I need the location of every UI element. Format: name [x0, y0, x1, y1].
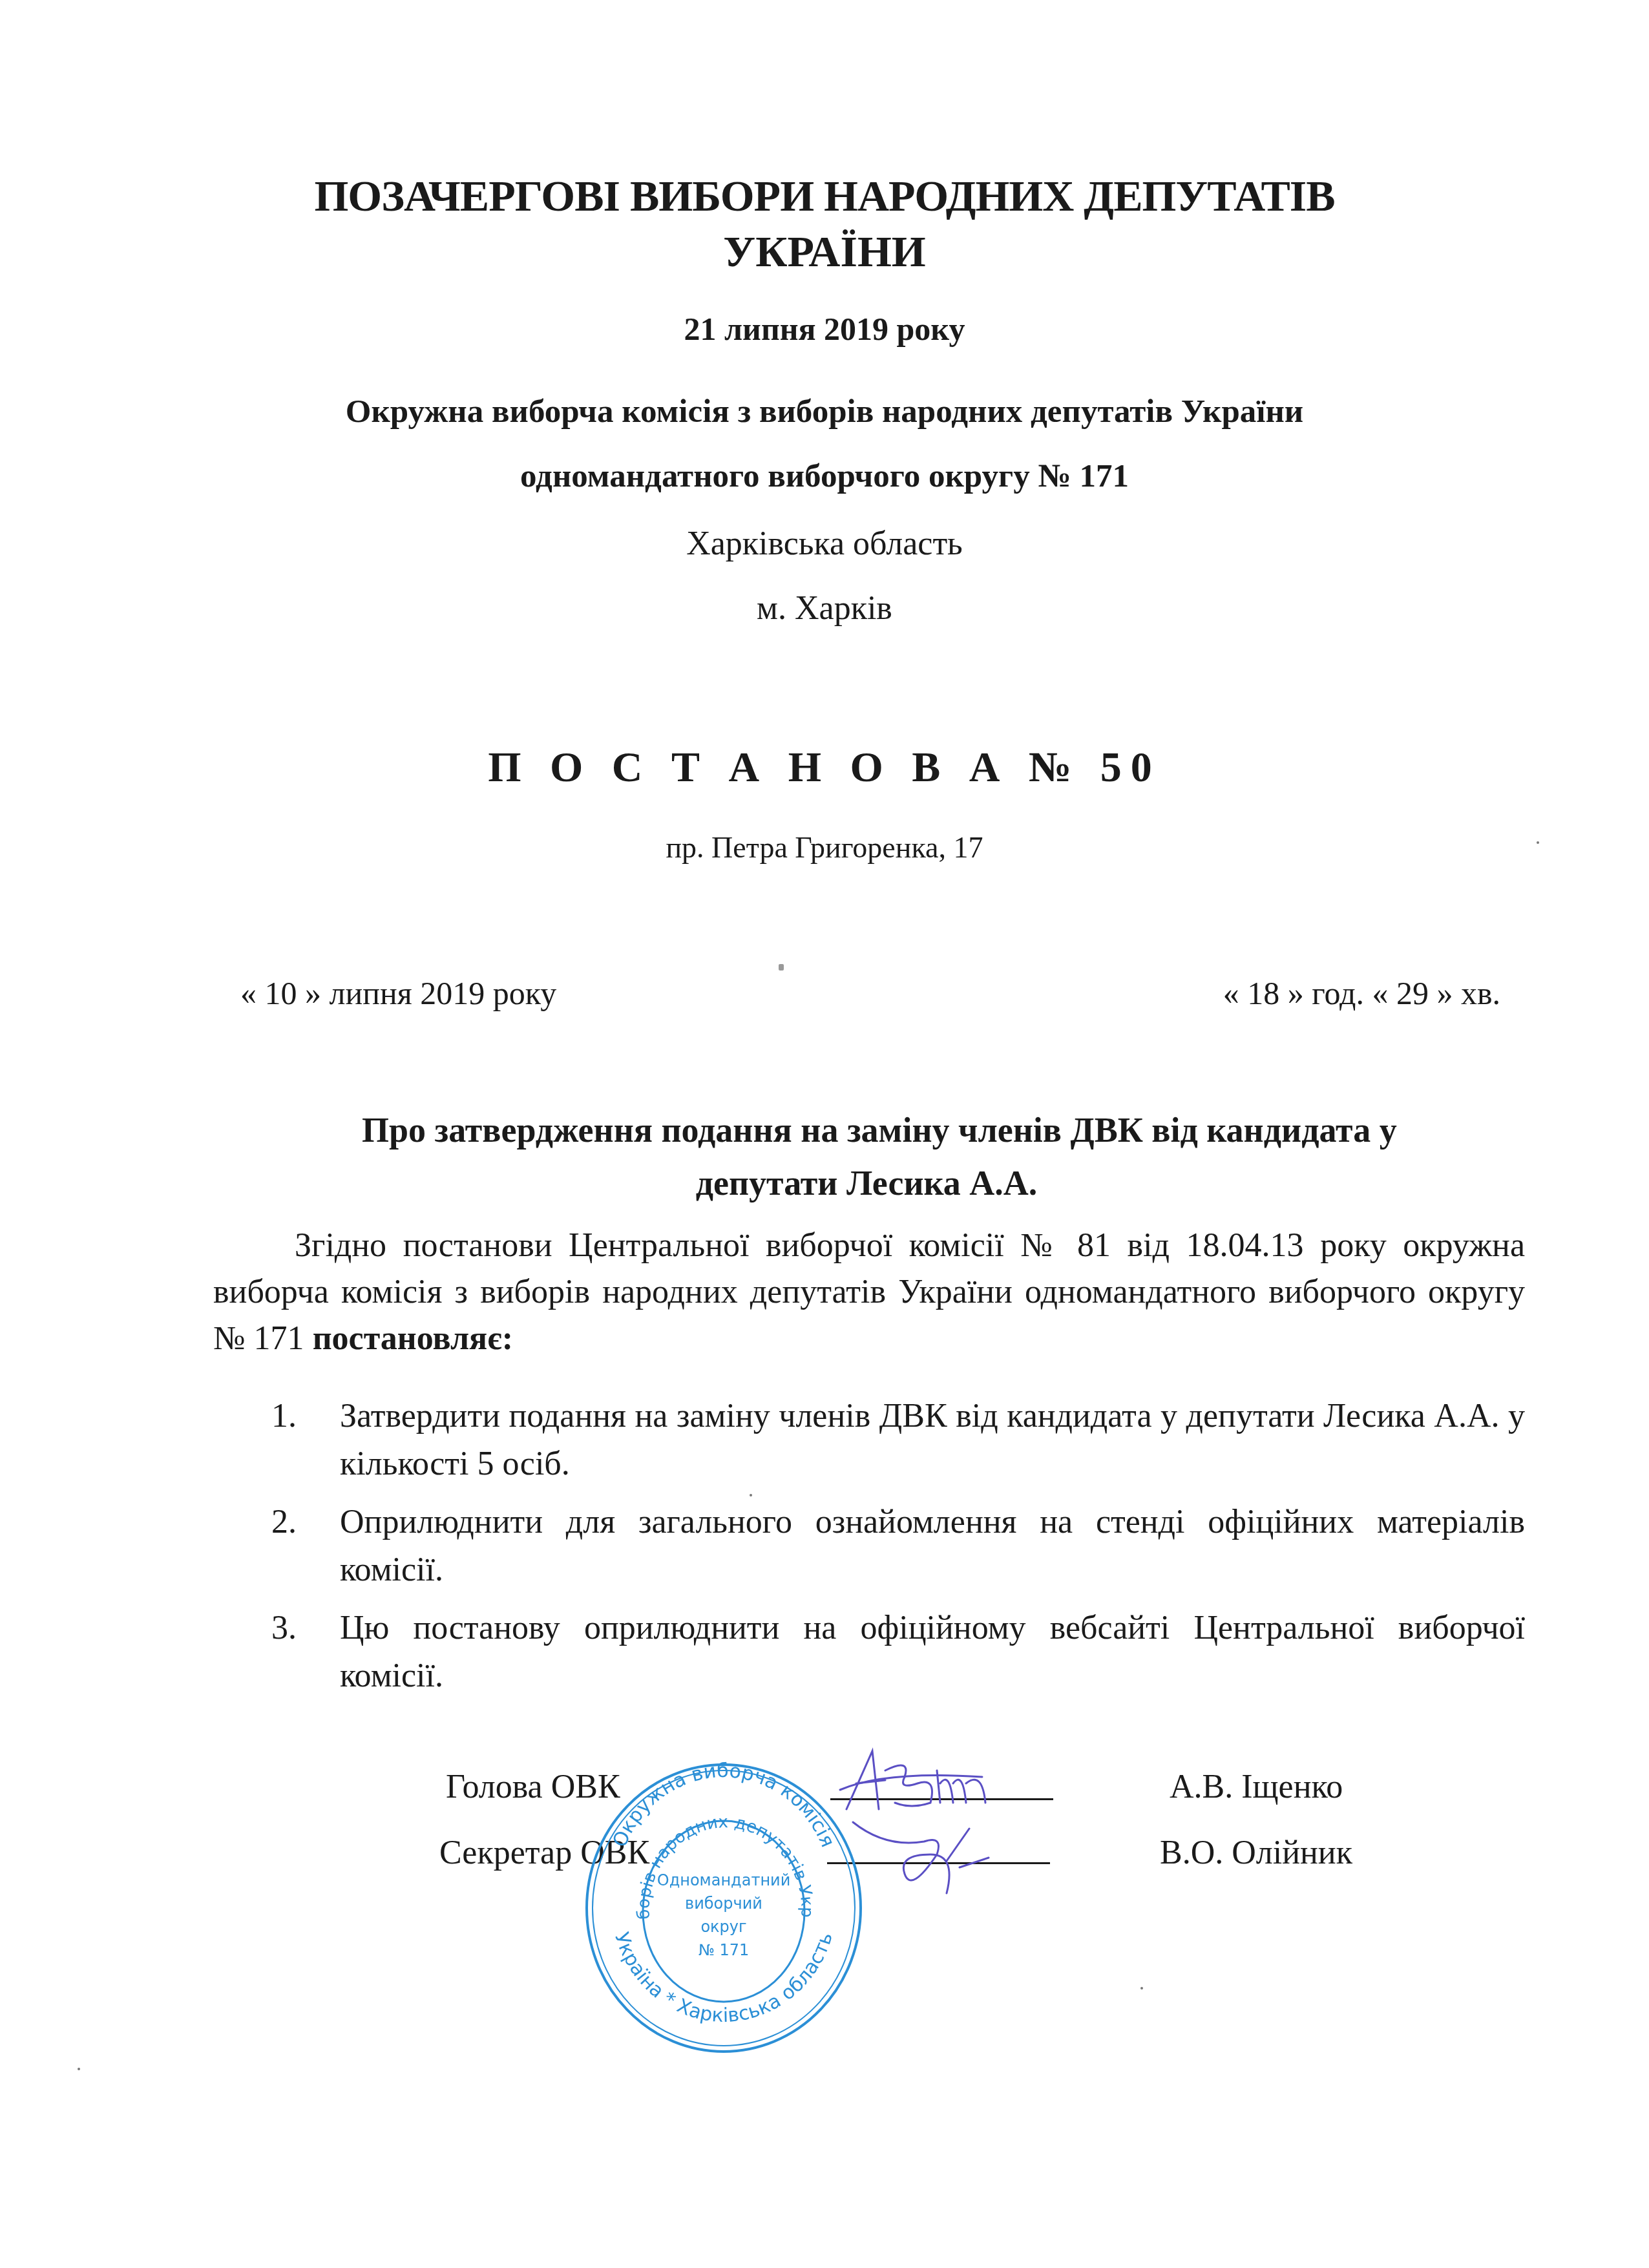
resolution-date: « 10 » липня 2019 року: [240, 974, 556, 1012]
region: Харківська область: [0, 525, 1649, 563]
list-item-text: Оприлюднити для загального ознайомлення …: [340, 1504, 1525, 1588]
list-item-number: 3.: [271, 1604, 297, 1652]
preamble-decides: постановляє:: [313, 1320, 513, 1357]
list-item-text: Цю постанову оприлюднити на офіційному в…: [340, 1610, 1525, 1694]
stamp-center-line: № 171: [698, 1941, 749, 1959]
election-date: 21 липня 2019 року: [0, 310, 1649, 348]
commission-name-line2: одномандатного виборчого округу № 171: [0, 457, 1649, 495]
scan-speck: [1140, 1987, 1143, 1990]
resolution-title: П О С Т А Н О В А № 50: [0, 743, 1649, 792]
scan-speck: [78, 2068, 80, 2070]
commission-name-line1: Окружна виборча комісія з виборів народн…: [0, 393, 1649, 430]
scan-speck: [1537, 841, 1539, 844]
list-item: 3. Цю постанову оприлюднити на офіційном…: [271, 1604, 1525, 1700]
list-item-number: 2.: [271, 1498, 297, 1546]
subject-line2: депутати Лесика А.А.: [0, 1163, 1649, 1203]
official-stamp-icon: Окружна виборча комісія з виборів народн…: [582, 1756, 866, 2053]
scan-speck: [750, 1494, 752, 1496]
list-item: 2. Оприлюднити для загального ознайомлен…: [271, 1498, 1525, 1594]
document-page: ПОЗАЧЕРГОВІ ВИБОРИ НАРОДНИХ ДЕПУТАТІВ УК…: [0, 0, 1649, 2268]
election-title-line1: ПОЗАЧЕРГОВІ ВИБОРИ НАРОДНИХ ДЕПУТАТІВ: [0, 169, 1649, 222]
resolution-time: « 18 » год. « 29 » хв.: [1223, 974, 1500, 1012]
preamble-paragraph: Згідно постанови Центральної виборчої ко…: [213, 1223, 1525, 1362]
chair-name: А.В. Іщенко: [1170, 1768, 1343, 1806]
election-title-line2: УКРАЇНИ: [0, 225, 1649, 278]
scan-speck: [779, 964, 784, 971]
svg-text:Окружна виборча комісія: Окружна виборча комісія: [609, 1759, 839, 1851]
list-item-number: 1.: [271, 1392, 297, 1440]
list-item: 1. Затвердити подання на заміну членів Д…: [271, 1392, 1525, 1488]
stamp-center-line: виборчий: [685, 1895, 762, 1913]
resolution-address: пр. Петра Григоренка, 17: [0, 830, 1649, 865]
subject-line1: Про затвердження подання на заміну члені…: [362, 1110, 1397, 1150]
stamp-center-line: Одномандатний: [657, 1871, 791, 1889]
city: м. Харків: [0, 589, 1649, 627]
list-item-text: Затвердити подання на заміну членів ДВК …: [340, 1398, 1525, 1482]
decision-list: 1. Затвердити подання на заміну членів Д…: [271, 1392, 1525, 1710]
secretary-name: В.О. Олійник: [1160, 1834, 1352, 1872]
signature-scribble-icon: [834, 1745, 1066, 1906]
stamp-center-line: округ: [700, 1918, 746, 1936]
